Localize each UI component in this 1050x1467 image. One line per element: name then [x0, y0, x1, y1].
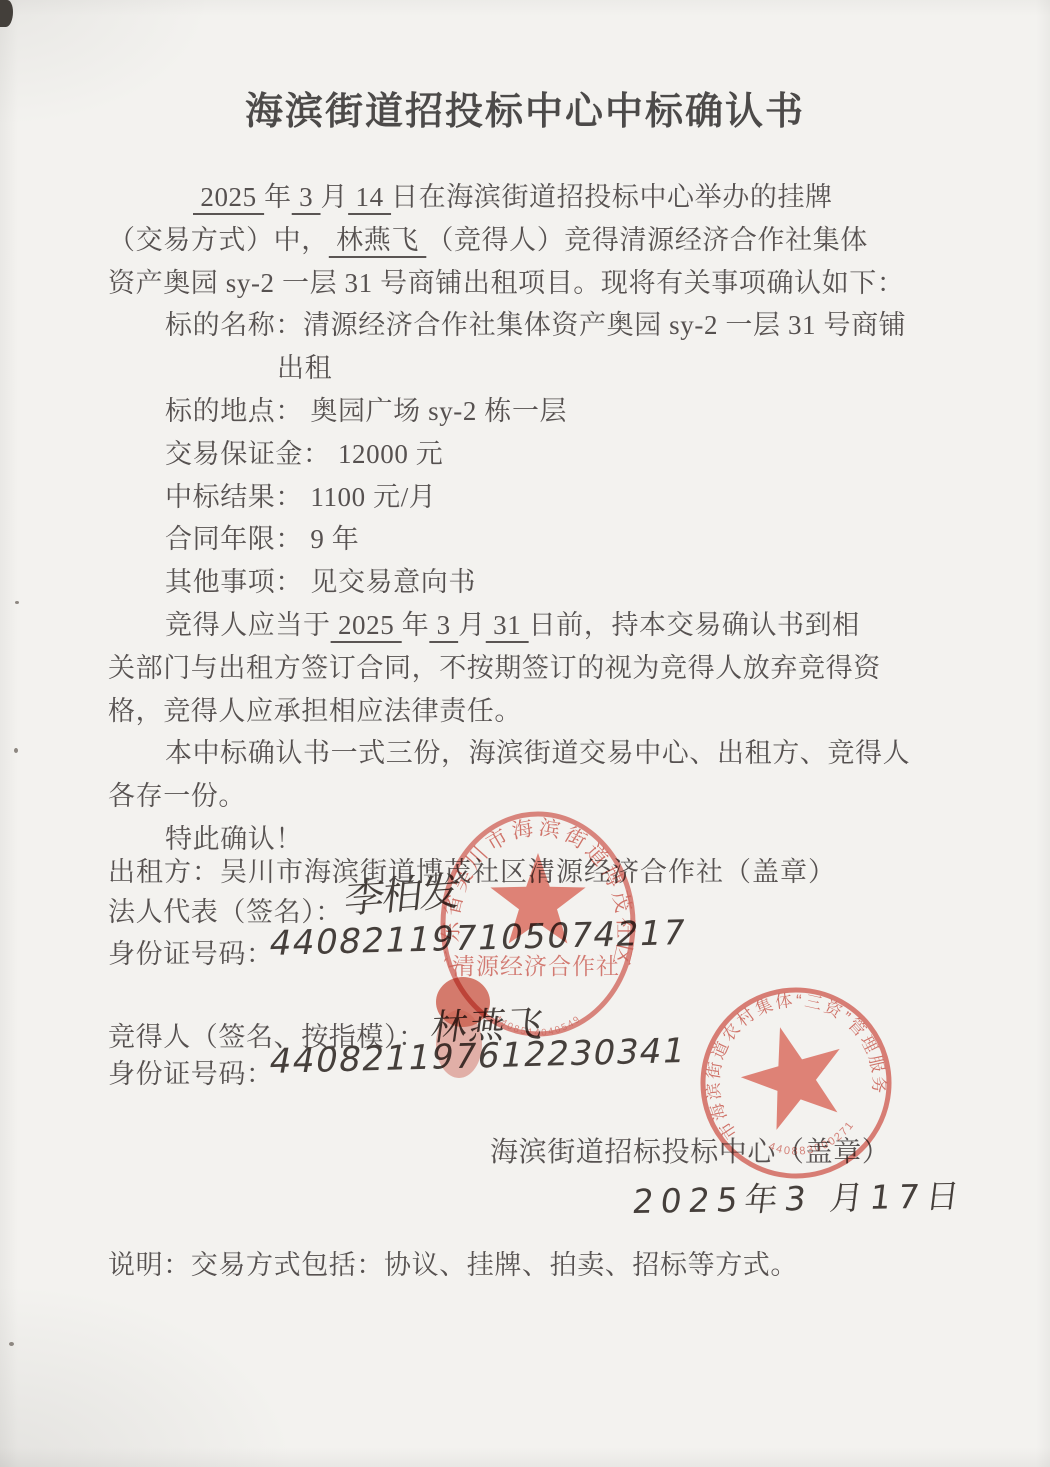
text-segment: 年: [264, 182, 292, 212]
text-segment: 中标结果： 1100 元/月: [165, 482, 436, 512]
scan-speck: [9, 1342, 14, 1346]
text-segment: 格，竞得人应承担相应法律责任。: [108, 696, 522, 726]
text-segment: 日前，持本交易确认书到相: [529, 610, 860, 640]
body-line: 格，竞得人应承担相应法律责任。: [108, 689, 522, 731]
text-segment: 日在海滨街道招投标中心举办的挂牌: [391, 182, 833, 212]
deadline-month-field: 3: [429, 610, 458, 640]
note-line: 说明：交易方式包括：协议、挂牌、拍卖、招标等方式。: [108, 1243, 798, 1285]
text-segment: 出租: [277, 353, 332, 383]
winner-name-field: 林燕飞: [329, 225, 427, 255]
deadline-year-field: 2025: [331, 610, 402, 640]
bidder-id-label: 身份证号码：: [108, 1052, 274, 1094]
text-segment: 各存一份。: [108, 781, 246, 811]
date-month-field: 3: [292, 182, 321, 212]
text-segment: 本中标确认书一式三份，海滨街道交易中心、出租方、竞得人: [165, 738, 910, 768]
star-icon: [490, 853, 585, 944]
seal-code-text: 4408514040549: [492, 1013, 583, 1038]
deadline-line: 竞得人应当于 2025 年 3 月 31 日前，持本交易确认书到相: [165, 603, 860, 645]
scan-speck: [14, 748, 18, 753]
lessor-id-label: 身份证号码：: [108, 932, 274, 974]
text-segment: 年: [402, 610, 430, 640]
official-seal-center: 吴川市海滨街道农村集体“三资”管理服务中心 440883000271: [692, 982, 912, 1192]
text-segment: 标的地点： 奥园广场 sy-2 栋一层: [165, 396, 567, 426]
star-icon: [731, 1013, 857, 1135]
svg-text:4408514040549: 4408514040549: [492, 1013, 583, 1038]
date-year-field: 2025: [193, 182, 264, 212]
text-segment: 合同年限： 9 年: [165, 524, 359, 554]
body-line: 各存一份。: [108, 774, 246, 816]
body-line: 资产奥园 sy-2 一层 31 号商铺出租项目。现将有关事项确认如下：: [108, 261, 905, 303]
bid-result-line: 中标结果： 1100 元/月: [165, 475, 436, 517]
text-segment: 资产奥园 sy-2 一层 31 号商铺出租项目。现将有关事项确认如下：: [108, 268, 905, 298]
text-segment: 身份证号码：: [108, 939, 274, 969]
scanned-document-page: { "document": { "title": "海滨街道招投标中心中标确认书…: [0, 0, 1050, 1467]
fingerprint-mark: [428, 972, 502, 1084]
date-day-field: 14: [348, 182, 391, 212]
text-segment: 其他事项： 见交易意向书: [165, 567, 476, 597]
scan-corner-artifact: [0, 0, 13, 27]
subject-name-line: 标的名称：清源经济合作社集体资产奥园 sy-2 一层 31 号商铺: [165, 303, 906, 345]
body-line: （交易方式）中， 林燕飞 （竞得人）竞得清源经济合作社集体: [108, 218, 868, 260]
text-segment: 交易保证金： 12000 元: [165, 439, 443, 469]
text-segment: （竞得人）竞得清源经济合作社集体: [426, 225, 868, 255]
text-segment: 身份证号码：: [108, 1059, 274, 1089]
text-segment: 竞得人应当于: [165, 610, 331, 640]
fingerprint-bottom-lobe: [436, 1010, 482, 1078]
text-segment: 说明：交易方式包括：协议、挂牌、拍卖、招标等方式。: [108, 1250, 798, 1280]
scan-speck: [15, 601, 19, 604]
text-segment: 标的名称：清源经济合作社集体资产奥园 sy-2 一层 31 号商铺: [165, 310, 906, 340]
body-line: 本中标确认书一式三份，海滨街道交易中心、出租方、竞得人: [165, 731, 910, 773]
subject-location-line: 标的地点： 奥园广场 sy-2 栋一层: [165, 389, 567, 431]
text-segment: （交易方式）中，: [108, 225, 329, 255]
body-line: 2025 年 3 月 14 日在海滨街道招投标中心举办的挂牌: [193, 175, 833, 217]
text-segment: 关部门与出租方签订合同，不按期签订的视为竞得人放弃竞得资: [108, 653, 881, 683]
body-line: 关部门与出租方签订合同，不按期签订的视为竞得人放弃竞得资: [108, 646, 881, 688]
deposit-line: 交易保证金： 12000 元: [165, 432, 443, 474]
page-title: 海滨街道招投标中心中标确认书: [0, 80, 1050, 135]
deadline-day-field: 31: [486, 610, 529, 640]
subject-name-wrap-line: 出租: [277, 346, 332, 388]
contract-term-line: 合同年限： 9 年: [165, 517, 359, 559]
text-segment: 月: [321, 182, 349, 212]
text-segment: 月: [458, 610, 486, 640]
other-items-line: 其他事项： 见交易意向书: [165, 560, 476, 602]
